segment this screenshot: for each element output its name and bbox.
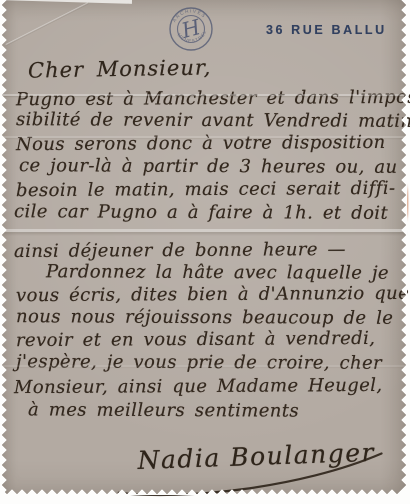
perforated-edge-right [399, 0, 407, 494]
letter-line: Nous serons donc à votre disposition [16, 132, 386, 155]
perforated-edge-left [1, 0, 9, 494]
letter-line: vous écris, dites bien à d'Annunzio que [16, 283, 409, 306]
signature-block: Nadia Boulanger [109, 433, 399, 504]
edge-stain [397, 224, 408, 264]
letter-line: Pugno est à Manchester et dans l'impos- [16, 87, 410, 110]
letter-line: besoin le matin, mais ceci serait diffi- [16, 178, 396, 201]
letter-scan: ARCHIVES MENESTREL H 36 RUE BALLU Cher M… [0, 0, 410, 504]
edge-stain [395, 183, 408, 227]
letter-line: Pardonnez la hâte avec laquelle je [46, 261, 389, 283]
letter-line: nous nous réjouissons beaucoup de le [16, 306, 393, 329]
letterhead-address: 36 RUE BALLU [266, 23, 387, 37]
archive-stamp-icon: ARCHIVES MENESTREL H [168, 6, 214, 52]
letter-line: Monsieur, ainsi que Madame Heugel, [14, 375, 383, 398]
letter-line: revoir et en vous disant à vendredi, [16, 328, 375, 351]
letter-line: ce jour-là à partir de 3 heures ou, au [19, 155, 398, 178]
letter-line: sibilité de revenir avant Vendredi matin [16, 109, 410, 132]
paper-fold-crease [2, 229, 406, 232]
letter-line: cile car Pugno a à faire à 1h. et doit [14, 201, 388, 224]
letter-line: ainsi déjeuner de bonne heure — [14, 239, 346, 262]
salutation: Cher Monsieur, [28, 55, 212, 82]
letter-line: à mes meilleurs sentiments [28, 399, 299, 421]
paper-edge-highlight [2, 0, 132, 4]
letter-line: j'espère, je vous prie de croire, cher [16, 351, 382, 374]
letter-card: ARCHIVES MENESTREL H 36 RUE BALLU Cher M… [2, 0, 406, 494]
paper-crease-diagonal [6, 2, 89, 46]
